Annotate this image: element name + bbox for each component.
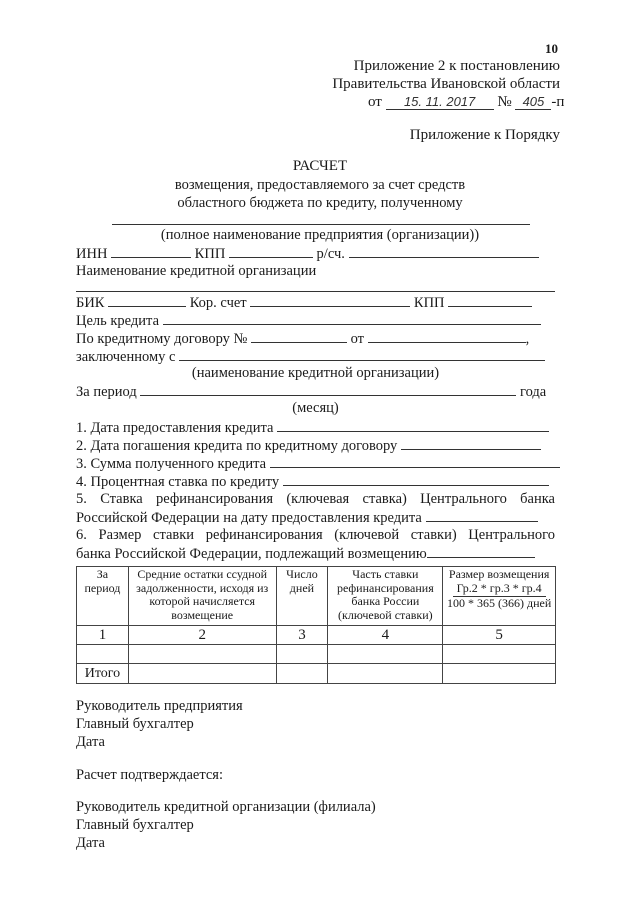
year-label: года — [520, 384, 546, 400]
bank-name-label: Наименование кредитной организации — [76, 262, 316, 280]
table-cell[interactable] — [328, 645, 443, 664]
decree-number: 405 — [515, 94, 551, 110]
document-title: РАСЧЕТ — [0, 157, 640, 175]
bank-head-label: Руководитель кредитной организации (фили… — [76, 798, 376, 816]
header-period: За период — [77, 567, 129, 626]
bank-chief-accountant-label: Главный бухгалтер — [76, 816, 194, 834]
table-header-row: За период Средние остатки ссудной задолж… — [77, 567, 556, 626]
contract-number-field[interactable] — [251, 329, 347, 343]
title-subline-2: областного бюджета по кредиту, полученно… — [0, 194, 640, 212]
corr-account-label: Кор. счет — [190, 295, 247, 311]
account-label: р/сч. — [317, 246, 345, 262]
item-6-line-2: банка Российской Федерации, подлежащий в… — [76, 544, 535, 563]
comma: , — [526, 331, 530, 347]
kpp-label: КПП — [195, 246, 226, 262]
period-label: За период — [76, 384, 137, 400]
table-row — [77, 645, 556, 664]
column-number: 2 — [128, 626, 276, 645]
kpp2-field[interactable] — [448, 293, 532, 307]
table-column-numbers-row: 1 2 3 4 5 — [77, 626, 556, 645]
date-label: Дата — [76, 733, 105, 751]
table-cell[interactable] — [77, 645, 129, 664]
item-4-field[interactable] — [283, 472, 549, 486]
item-5-label: Российской Федерации на дату предоставле… — [76, 510, 422, 526]
item-3-field[interactable] — [270, 454, 560, 468]
inn-row: ИНН КПП р/сч. — [76, 244, 539, 263]
table-total-row: Итого — [77, 664, 556, 684]
bank-date-label: Дата — [76, 834, 105, 852]
table-cell[interactable] — [443, 664, 556, 684]
month-caption: (месяц) — [76, 399, 555, 417]
org-name-caption: (полное наименование предприятия (органи… — [0, 226, 640, 244]
compensation-label: Размер возмещения — [445, 568, 553, 582]
concluded-field[interactable] — [179, 347, 545, 361]
contract-label: По кредитному договору № — [76, 331, 247, 347]
total-label: Итого — [77, 664, 129, 684]
inn-field[interactable] — [111, 244, 191, 258]
bik-field[interactable] — [108, 293, 186, 307]
table-cell[interactable] — [128, 645, 276, 664]
number-label: № — [497, 94, 511, 110]
from-label: от — [368, 94, 382, 110]
header-avg-balance: Средние остатки ссудной задолженности, и… — [128, 567, 276, 626]
column-number: 4 — [328, 626, 443, 645]
column-number: 1 — [77, 626, 129, 645]
purpose-label: Цель кредита — [76, 313, 159, 329]
enterprise-head-label: Руководитель предприятия — [76, 697, 243, 715]
formula-denominator: 100 * 365 (366) дней — [445, 597, 553, 611]
decree-date: 15. 11. 2017 — [386, 94, 494, 110]
contract-date-field[interactable] — [368, 329, 526, 343]
item-6-label: банка Российской Федерации, подлежащий в… — [76, 546, 427, 562]
item-6-line-1: 6. Размер ставки рефинансирования (ключе… — [76, 526, 555, 544]
item-5-line-2: Российской Федерации на дату предоставле… — [76, 508, 538, 527]
kpp2-label: КПП — [414, 295, 445, 311]
table-cell[interactable] — [328, 664, 443, 684]
table-cell[interactable] — [276, 664, 328, 684]
item-3-label: 3. Сумма полученного кредита — [76, 456, 266, 472]
bank-name-field[interactable] — [76, 291, 555, 292]
contract-from-label: от — [351, 331, 364, 347]
item-2: 2. Дата погашения кредита по кредитному … — [76, 436, 541, 455]
item-5-line-1: 5. Ставка рефинансирования (ключевая ста… — [76, 490, 555, 508]
formula-numerator: Гр.2 * гр.3 * гр.4 — [453, 582, 546, 598]
header-line-1: Приложение 2 к постановлению — [354, 57, 560, 75]
org-name-field[interactable] — [112, 224, 530, 225]
item-2-field[interactable] — [401, 436, 541, 450]
confirmed-label: Расчет подтверждается: — [76, 766, 223, 784]
column-number: 3 — [276, 626, 328, 645]
account-field[interactable] — [349, 244, 539, 258]
table-cell[interactable] — [128, 664, 276, 684]
item-1-field[interactable] — [277, 418, 549, 432]
bik-label: БИК — [76, 295, 104, 311]
header-compensation: Размер возмещения Гр.2 * гр.3 * гр.4 100… — [443, 567, 556, 626]
item-1: 1. Дата предоставления кредита — [76, 418, 549, 437]
kpp-field[interactable] — [229, 244, 313, 258]
item-4-label: 4. Процентная ставка по кредиту — [76, 474, 279, 490]
page-number: 10 — [545, 40, 558, 58]
period-field[interactable] — [140, 382, 516, 396]
concluded-label: заключенному с — [76, 349, 175, 365]
corr-account-field[interactable] — [250, 293, 410, 307]
purpose-row: Цель кредита — [76, 311, 541, 330]
purpose-field[interactable] — [163, 311, 541, 325]
item-4: 4. Процентная ставка по кредиту — [76, 472, 549, 491]
item-3: 3. Сумма полученного кредита — [76, 454, 560, 473]
table-cell[interactable] — [276, 645, 328, 664]
item-1-label: 1. Дата предоставления кредита — [76, 420, 273, 436]
column-number: 5 — [443, 626, 556, 645]
item-5-field[interactable] — [426, 508, 538, 522]
bank-caption: (наименование кредитной организации) — [76, 364, 555, 382]
header-days: Число дней — [276, 567, 328, 626]
header-decree-line: от 15. 11. 2017 № 405-п — [368, 93, 564, 111]
inn-label: ИНН — [76, 246, 107, 262]
table-cell[interactable] — [443, 645, 556, 664]
number-suffix: -п — [551, 94, 564, 110]
bik-row: БИК Кор. счет КПП — [76, 293, 532, 312]
header-line-2: Правительства Ивановской области — [332, 75, 560, 93]
chief-accountant-label: Главный бухгалтер — [76, 715, 194, 733]
header-rate-part: Часть ставки рефинансирования банка Росс… — [328, 567, 443, 626]
contract-row: По кредитному договору № от , — [76, 329, 529, 348]
calculation-table: За период Средние остатки ссудной задолж… — [76, 566, 556, 684]
item-2-label: 2. Дата погашения кредита по кредитному … — [76, 438, 397, 454]
appendix-label: Приложение к Порядку — [410, 126, 560, 144]
title-subline-1: возмещения, предоставляемого за счет сре… — [0, 176, 640, 194]
item-6-field[interactable] — [427, 544, 535, 558]
